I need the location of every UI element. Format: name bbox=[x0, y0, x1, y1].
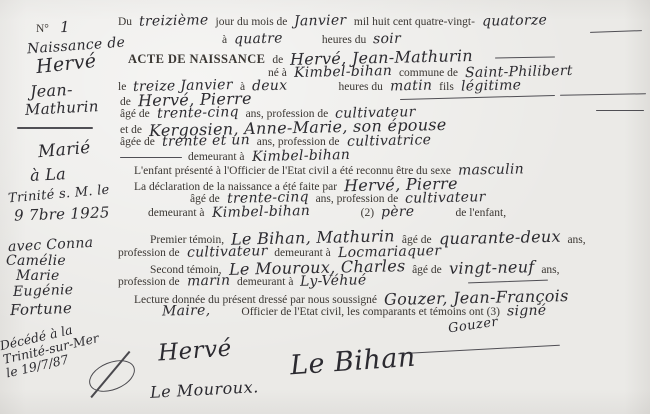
handwritten-entry: soir bbox=[373, 31, 401, 48]
margin-note: Marié bbox=[37, 138, 91, 163]
margin-note: Mathurin bbox=[25, 97, 100, 119]
ink-stroke bbox=[495, 56, 555, 58]
printed-form-text: mil huit cent quatre-vingt- bbox=[354, 16, 475, 28]
ink-stroke bbox=[120, 157, 182, 158]
margin-note: Fortune bbox=[10, 299, 73, 319]
ink-stroke bbox=[560, 93, 646, 96]
handwritten-entry: vingt-neuf bbox=[449, 257, 535, 278]
handwritten-entry: signé bbox=[507, 303, 547, 320]
registry-number: N° 1 bbox=[36, 18, 77, 37]
handwritten-entry: quatorze bbox=[482, 12, 547, 29]
printed-form-text: de l'enfant, bbox=[455, 207, 506, 219]
printed-form-text: profession de bbox=[118, 276, 180, 288]
ink-stroke bbox=[468, 280, 548, 284]
signature-herve: Hervé bbox=[157, 335, 232, 366]
printed-form-text: ans, bbox=[567, 234, 585, 246]
ink-stroke bbox=[17, 127, 93, 129]
ink-stroke bbox=[398, 345, 560, 355]
body-line: àquatreheures dusoir bbox=[222, 30, 408, 48]
margin-note: Marie bbox=[16, 268, 60, 284]
margin-note: 9 7bre 1925 bbox=[14, 203, 110, 224]
ink-stroke bbox=[400, 95, 555, 100]
printed-form-text: heures du bbox=[322, 34, 366, 46]
signature-le-mouroux: Le Mouroux. bbox=[150, 377, 260, 402]
handwritten-entry: cultivatrice bbox=[346, 132, 431, 150]
death-annotation: Décédé à la Trinité-sur-Mer le 19/7/87 bbox=[0, 318, 103, 381]
printed-form-text: heures du bbox=[339, 81, 383, 93]
body-line: demeurant àKimbel-bihan(2)pèrede l'enfan… bbox=[148, 203, 513, 221]
ink-stroke bbox=[596, 110, 644, 111]
handwritten-entry: treizième bbox=[139, 12, 209, 29]
printed-form-text: demeurant à bbox=[237, 276, 294, 288]
handwritten-entry: père bbox=[381, 204, 415, 221]
printed-form-text: à bbox=[222, 34, 227, 46]
number-value: 1 bbox=[60, 18, 70, 36]
margin-note: à La bbox=[30, 164, 67, 185]
printed-form-text: Du bbox=[118, 16, 132, 28]
handwritten-entry: masculin bbox=[458, 161, 524, 178]
printed-form-text: Officier de l'Etat civil, les comparants… bbox=[241, 306, 500, 318]
margin-note: Camélie bbox=[6, 253, 66, 269]
birth-certificate-page: N° 1 Naissance de Hervé Jean- Mathurin M… bbox=[0, 0, 650, 414]
printed-form-text: âgé de bbox=[412, 264, 442, 276]
number-label: N° bbox=[36, 23, 49, 35]
handwritten-entry: Maire, bbox=[162, 302, 211, 319]
handwritten-entry: quatre bbox=[234, 30, 283, 47]
printed-form-text: ACTE DE NAISSANCE bbox=[128, 52, 265, 66]
ink-stroke bbox=[590, 30, 642, 33]
printed-form-text: demeurant à bbox=[148, 207, 205, 219]
handwritten-entry: légitime bbox=[461, 77, 522, 94]
body-line: Dutreizièmejour du mois deJanviermil hui… bbox=[118, 12, 554, 30]
handwritten-entry: Kimbel-bihan bbox=[211, 203, 309, 221]
handwritten-entry: Janvier bbox=[294, 12, 347, 29]
handwritten-entry: matin bbox=[390, 78, 433, 95]
printed-form-text: ans, bbox=[541, 264, 559, 276]
margin-note: Eugénie bbox=[13, 282, 74, 300]
printed-form-text: âgée de bbox=[120, 136, 155, 148]
handwritten-entry: quarante-deux bbox=[438, 227, 560, 249]
handwritten-entry: marin bbox=[186, 273, 230, 290]
printed-form-text: fils bbox=[439, 81, 454, 93]
printed-form-text: (2) bbox=[361, 207, 374, 219]
signature-le-bihan: Le Bihan bbox=[289, 342, 417, 382]
printed-form-text: jour du mois de bbox=[216, 16, 288, 28]
